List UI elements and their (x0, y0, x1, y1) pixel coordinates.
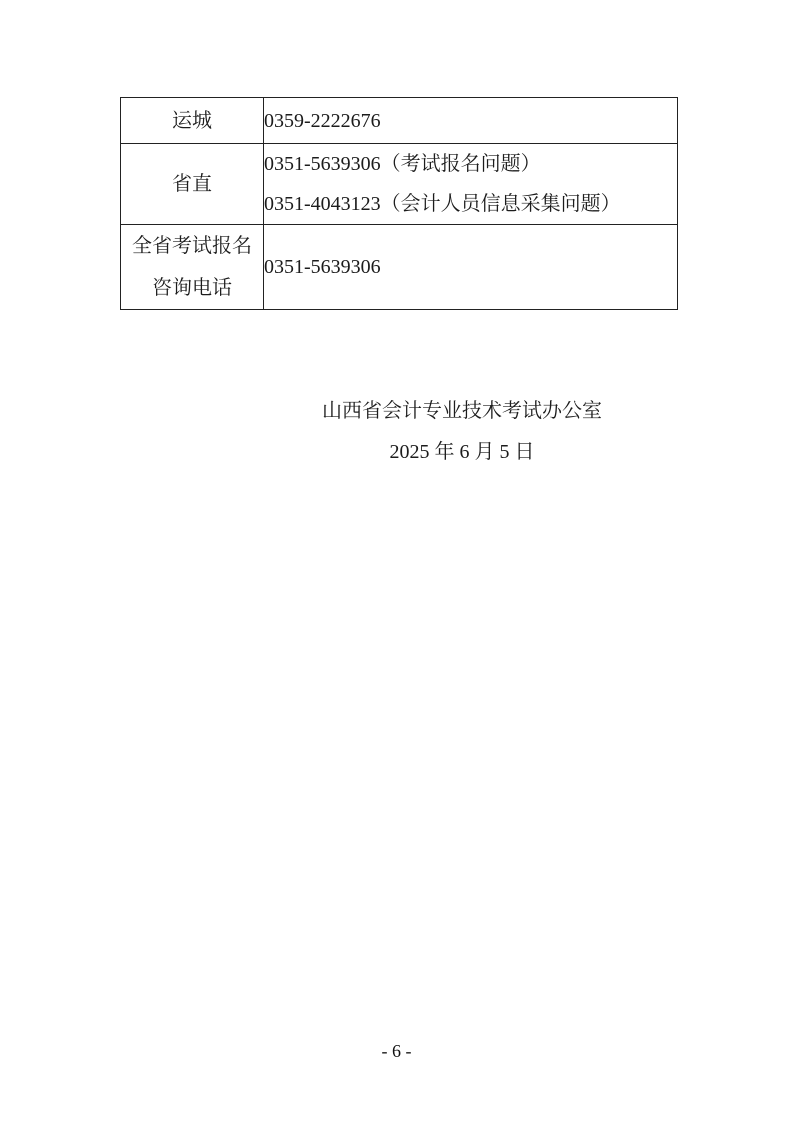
region-cell: 运城 (121, 98, 264, 144)
table-row-yuncheng: 运城 0359-2222676 (121, 98, 678, 144)
phone-number: 0351-4043123（会计人员信息采集问题） (264, 184, 677, 224)
page-number: - 6 - (0, 1041, 793, 1062)
signature-date: 2025 年 6 月 5 日 (262, 441, 662, 463)
signature-org: 山西省会计专业技术考试办公室 (262, 400, 662, 422)
phone-cell: 0351-5639306（考试报名问题） 0351-4043123（会计人员信息… (264, 144, 678, 225)
region-cell: 省直 (121, 144, 264, 225)
region-label: 全省考试报名 (121, 225, 263, 267)
phone-number: 0359-2222676 (264, 101, 677, 141)
phone-cell: 0359-2222676 (264, 98, 678, 144)
contact-phone-table: 运城 0359-2222676 省直 0351-5639306（考试报名问题） … (120, 97, 678, 310)
table-row-shengzhi: 省直 0351-5639306（考试报名问题） 0351-4043123（会计人… (121, 144, 678, 225)
region-cell: 全省考试报名 咨询电话 (121, 225, 264, 310)
phone-cell: 0351-5639306 (264, 225, 678, 310)
region-label: 咨询电话 (121, 267, 263, 309)
document-page: 运城 0359-2222676 省直 0351-5639306（考试报名问题） … (0, 0, 793, 1122)
phone-number: 0351-5639306 (264, 247, 677, 287)
table-row-province-hotline: 全省考试报名 咨询电话 0351-5639306 (121, 225, 678, 310)
signature-block: 山西省会计专业技术考试办公室 2025 年 6 月 5 日 (262, 400, 662, 463)
region-label: 省直 (121, 163, 263, 205)
phone-number: 0351-5639306（考试报名问题） (264, 144, 677, 184)
region-label: 运城 (121, 100, 263, 142)
